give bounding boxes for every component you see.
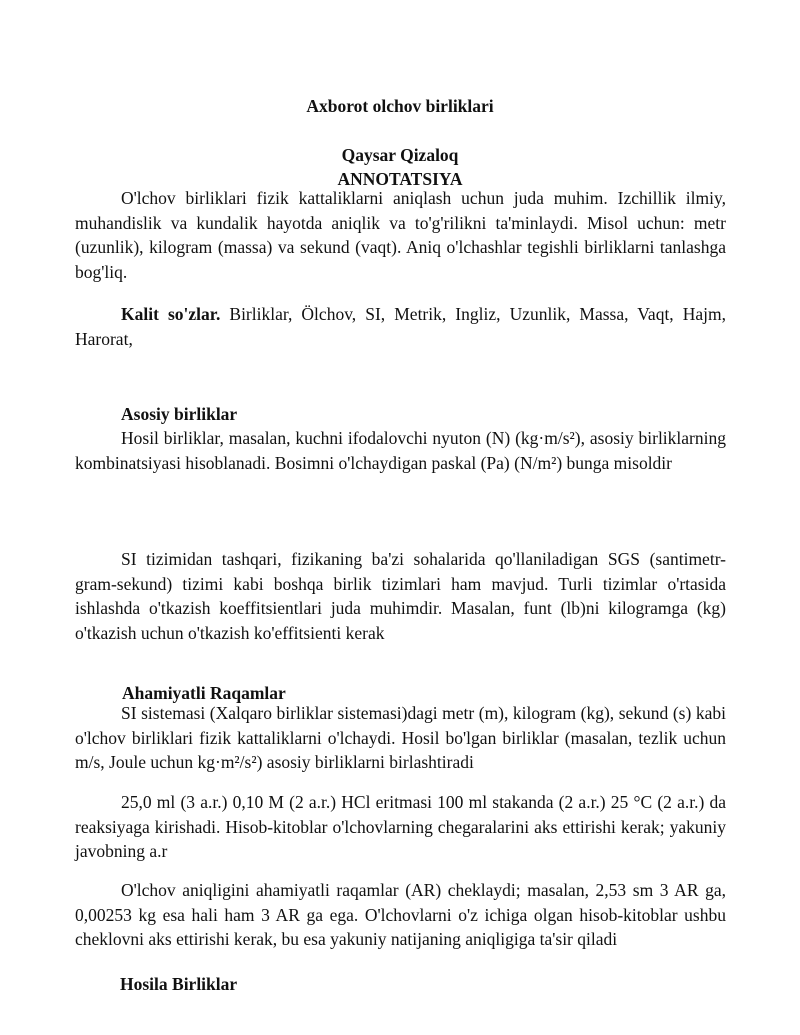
paragraph-text: Hosil birliklar, masalan, kuchni ifodalo… bbox=[75, 428, 726, 473]
section-paragraph: SI tizimidan tashqari, fizikaning ba'zi … bbox=[75, 547, 726, 645]
section-heading-asosiy-birliklar: Asosiy birliklar bbox=[121, 403, 237, 425]
section-paragraph: SI sistemasi (Xalqaro birliklar sistemas… bbox=[75, 701, 726, 775]
abstract-paragraph: O'lchov birliklari fizik kattaliklarni a… bbox=[75, 186, 726, 284]
paragraph-text: 25,0 ml (3 a.r.) 0,10 M (2 a.r.) HCl eri… bbox=[75, 792, 726, 861]
keywords-paragraph: Kalit so'zlar. Birliklar, Ölchov, SI, Me… bbox=[75, 302, 726, 351]
paragraph-text: O'lchov aniqligini ahamiyatli raqamlar (… bbox=[75, 880, 726, 949]
section-paragraph: O'lchov aniqligini ahamiyatli raqamlar (… bbox=[75, 878, 726, 952]
section-heading-hosila-birliklar: Hosila Birliklar bbox=[120, 973, 237, 995]
section-paragraph: Hosil birliklar, masalan, kuchni ifodalo… bbox=[75, 426, 726, 475]
abstract-text: O'lchov birliklari fizik kattaliklarni a… bbox=[75, 188, 726, 282]
keywords-label: Kalit so'zlar. bbox=[121, 304, 220, 324]
document-title: Axborot olchov birliklari bbox=[0, 95, 800, 117]
paragraph-text: SI tizimidan tashqari, fizikaning ba'zi … bbox=[75, 549, 726, 643]
paragraph-text: SI sistemasi (Xalqaro birliklar sistemas… bbox=[75, 703, 726, 772]
section-paragraph: 25,0 ml (3 a.r.) 0,10 M (2 a.r.) HCl eri… bbox=[75, 790, 726, 864]
author-name: Qaysar Qizaloq bbox=[0, 144, 800, 166]
